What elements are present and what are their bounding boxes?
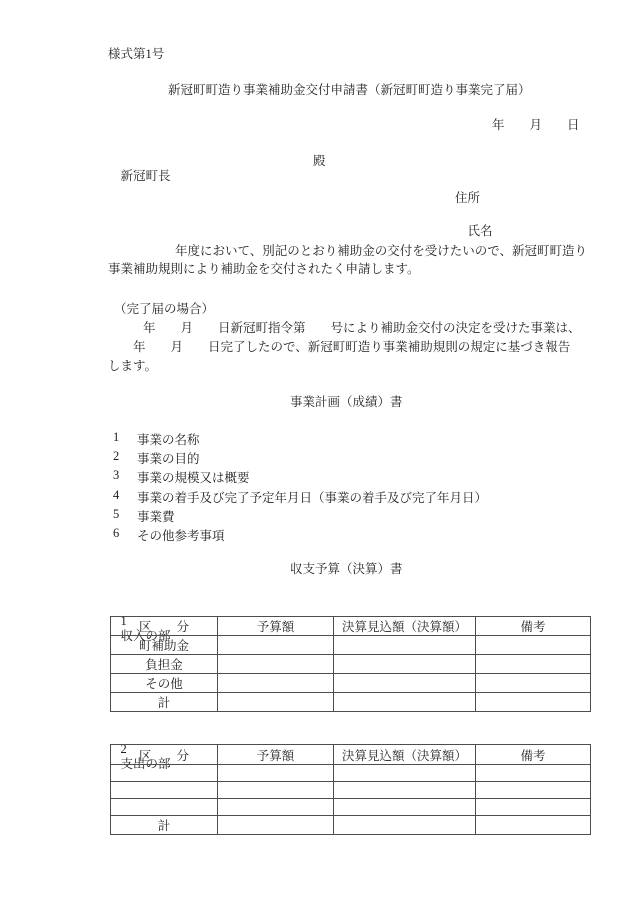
expense-header-budget: 予算額 (218, 745, 334, 765)
expense-cell (334, 816, 476, 835)
expense-cell (111, 799, 218, 816)
expense-cell (334, 799, 476, 816)
expense-table-row (111, 782, 591, 799)
expense-table-header-row: 区 分 予算額 決算見込額（決算額） 備考 (111, 745, 591, 765)
income-table-row: その他 (111, 674, 591, 693)
application-paragraph-line1: 年度において、別記のとおり補助金の交付を受けたいので、新冠町町造り (175, 244, 587, 259)
plan-item-label: 事業の着手及び完了予定年月日（事業の着手及び完了年月日） (137, 488, 487, 506)
completion-line2: 年 月 日完了したので、新冠町町造り事業補助規則の規定に基づき報告 (133, 340, 570, 355)
plan-item-label: 事業費 (137, 507, 175, 525)
plan-item-number: 3 (113, 468, 137, 483)
income-table-row: 町補助金 (111, 636, 591, 655)
expense-table-row (111, 799, 591, 816)
expense-header-settlement: 決算見込額（決算額） (334, 745, 476, 765)
expense-cell (334, 782, 476, 799)
income-cell (334, 693, 476, 712)
plan-item-number: 6 (113, 526, 137, 541)
expense-cell (218, 816, 334, 835)
income-cell: 町補助金 (111, 636, 218, 655)
income-cell (476, 693, 591, 712)
plan-item-number: 5 (113, 507, 137, 522)
plan-item: 3 事業の規模又は概要 (113, 468, 487, 487)
income-table: 区 分 予算額 決算見込額（決算額） 備考 町補助金 負担金 その他 計 (110, 616, 591, 712)
expense-header-remarks: 備考 (476, 745, 591, 765)
expense-cell (476, 765, 591, 782)
income-table-header-row: 区 分 予算額 決算見込額（決算額） 備考 (111, 617, 591, 636)
income-cell (218, 693, 334, 712)
income-cell (476, 655, 591, 674)
address-label: 住所 (455, 191, 480, 206)
income-cell: 負担金 (111, 655, 218, 674)
income-cell (334, 636, 476, 655)
name-label: 氏名 (468, 224, 493, 238)
form-number: 様式第1号 (108, 47, 164, 62)
income-header-settlement: 決算見込額（決算額） (334, 617, 476, 636)
income-header-budget: 予算額 (218, 617, 334, 636)
plan-item-list: 1 事業の名称 2 事業の目的 3 事業の規模又は概要 4 事業の着手及び完了予… (113, 430, 487, 545)
expense-cell: 計 (111, 816, 218, 835)
expense-cell (334, 765, 476, 782)
plan-item: 4 事業の着手及び完了予定年月日（事業の着手及び完了年月日） (113, 488, 487, 507)
plan-item-label: 事業の目的 (137, 449, 200, 467)
plan-item-label: 事業の名称 (137, 430, 200, 448)
expense-table: 区 分 予算額 決算見込額（決算額） 備考 計 (110, 744, 591, 835)
income-cell: 計 (111, 693, 218, 712)
name-line: 氏名 印 (455, 209, 595, 269)
date-line: 年 月 日 (492, 118, 580, 133)
income-header-remarks: 備考 (476, 617, 591, 636)
expense-cell (111, 765, 218, 782)
honorific: 殿 (313, 154, 326, 169)
expense-table-row: 計 (111, 816, 591, 835)
income-cell (476, 674, 591, 693)
plan-item-label: その他参考事項 (137, 526, 225, 544)
income-table-row: 負担金 (111, 655, 591, 674)
income-cell (218, 674, 334, 693)
budget-heading: 収支予算（決算）書 (290, 562, 403, 577)
plan-heading: 事業計画（成績）書 (290, 395, 403, 410)
income-cell: その他 (111, 674, 218, 693)
expense-header-category: 区 分 (111, 745, 218, 765)
expense-table-row (111, 765, 591, 782)
expense-cell (218, 799, 334, 816)
plan-item: 2 事業の目的 (113, 449, 487, 468)
income-cell (218, 655, 334, 674)
document-title: 新冠町町造り事業補助金交付申請書（新冠町町造り事業完了届） (168, 83, 531, 98)
expense-cell (476, 782, 591, 799)
plan-item-number: 4 (113, 488, 137, 503)
completion-line3: します。 (108, 359, 157, 374)
document-page: 様式第1号 新冠町町造り事業補助金交付申請書（新冠町町造り事業完了届） 年 月 … (0, 0, 630, 903)
plan-item: 5 事業費 (113, 507, 487, 526)
plan-item-number: 2 (113, 449, 137, 464)
income-table-row: 計 (111, 693, 591, 712)
income-cell (334, 674, 476, 693)
addressee: 新冠町長 (121, 169, 171, 183)
expense-cell (111, 782, 218, 799)
plan-item: 6 その他参考事項 (113, 526, 487, 545)
addressee-line: 新冠町長 殿 (108, 154, 308, 214)
income-header-category: 区 分 (111, 617, 218, 636)
completion-line1: 年 月 日新冠町指令第 号により補助金交付の決定を受けた事業は、 (143, 321, 581, 336)
income-cell (218, 636, 334, 655)
expense-cell (476, 816, 591, 835)
expense-cell (476, 799, 591, 816)
completion-heading: （完了届の場合） (114, 302, 214, 317)
plan-item-label: 事業の規模又は概要 (137, 468, 250, 486)
expense-cell (218, 765, 334, 782)
plan-item-number: 1 (113, 430, 137, 445)
income-cell (476, 636, 591, 655)
application-paragraph-line2: 事業補助規則により補助金を交付されたく申請します。 (108, 262, 420, 277)
plan-item: 1 事業の名称 (113, 430, 487, 449)
income-cell (334, 655, 476, 674)
expense-cell (218, 782, 334, 799)
